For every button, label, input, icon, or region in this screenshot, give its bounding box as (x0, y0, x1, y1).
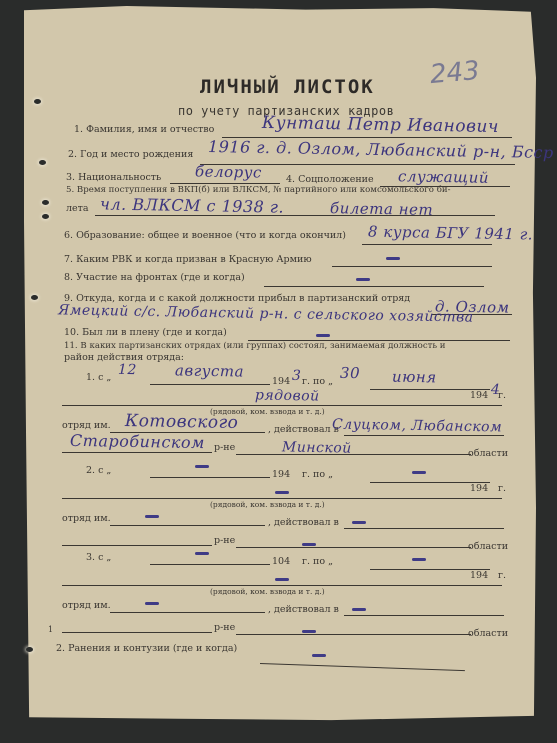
field-6-label: 6. Образование: общее и военное (что и к… (64, 230, 346, 241)
unit-to-year-prefix: 194 (470, 390, 488, 401)
field-2-label: 2. Год и место рождения (68, 149, 193, 160)
unit-region-line (236, 634, 471, 635)
field-5-label-b: лета (66, 203, 89, 214)
unit-year-suffix: г. (498, 570, 506, 581)
unit-to-month: июня (392, 368, 437, 387)
punch-hole (26, 647, 33, 652)
unit-to-label: г. по „ (302, 376, 333, 387)
unit-from-month-line (150, 477, 270, 478)
unit-to-month-dash (412, 558, 426, 561)
unit-from-year-prefix: 194 (272, 469, 290, 480)
field-8-dash (356, 278, 370, 281)
unit-name-line (110, 612, 265, 613)
unit-from-year-prefix: 104 (272, 556, 290, 567)
unit-district-b: Старобинском (70, 431, 205, 452)
unit-to-month-dash (412, 471, 426, 474)
unit-region-dash (302, 543, 316, 546)
punch-hole (42, 200, 49, 205)
unit-to-label: г. по „ (302, 556, 333, 567)
unit-to-year-prefix: 194 (470, 570, 488, 581)
unit-number-label: 2. с „ (86, 465, 111, 476)
field-10-dash (316, 334, 330, 337)
unit-position-dash (275, 578, 289, 581)
document-title: ЛИЧНЫЙ ЛИСТОК (200, 76, 375, 98)
unit-name-dash (145, 602, 159, 605)
unit-position: рядовой (255, 387, 320, 404)
field-4-label: 4. Соцположение (286, 174, 374, 185)
unit-district-b-line (62, 632, 212, 633)
field-11-label: 11. В каких партизанских отрядах (или гр… (64, 341, 446, 351)
unit-district-b-line (62, 545, 212, 546)
field-3-value: белорус (195, 162, 262, 181)
unit-number-label: 3. с „ (86, 552, 111, 563)
unit-region-line (236, 547, 471, 548)
unit-acted-label: , действовал в (268, 424, 339, 435)
margin-digit: 1 (48, 625, 53, 634)
field-9-label: 9. Откуда, когда и с какой должности при… (64, 293, 410, 304)
field-1-label: 1. Фамилия, имя и отчество (74, 124, 214, 135)
unit-position-caption: (рядовой, ком. взвода и т. д.) (210, 500, 325, 509)
field-4-value: служащий (398, 167, 489, 187)
unit-from-month-dash (195, 552, 209, 555)
archive-number: 243 (429, 56, 481, 90)
unit-from-day: 12 (118, 362, 137, 378)
unit-district-label: р-не (214, 442, 235, 453)
unit-from-year-prefix: 194 (272, 376, 290, 387)
field-8-label: 8. Участие на фронтах (где и когда) (64, 272, 245, 283)
field-8-line (264, 286, 484, 287)
field-1-value: Кунташ Петр Иванович (262, 113, 499, 137)
unit-from-year-digit: 3 (292, 368, 302, 384)
unit-from-month-line (150, 384, 270, 385)
unit-district-dash (352, 521, 366, 524)
field-5-value: чл. ВЛКСМ с 1938 г. (100, 194, 284, 216)
field-3-label: 3. Национальность (66, 172, 161, 183)
field-5-line (95, 215, 495, 216)
unit-acted-label: , действовал в (268, 517, 339, 528)
unit-number-label: 1. с „ (86, 372, 111, 383)
unit-district-line (344, 528, 504, 529)
unit-district-line (344, 435, 504, 436)
unit-district-line (344, 615, 504, 616)
unit-region-label: области (468, 541, 508, 552)
field-10-label: 10. Был ли в плену (где и когда) (64, 327, 227, 338)
unit-from-month: августа (175, 361, 244, 380)
field-7-label: 7. Каким РВК и когда призван в Красную А… (64, 254, 312, 265)
punch-hole (42, 214, 49, 219)
punch-hole (31, 295, 38, 300)
unit-name-line (110, 525, 265, 526)
unit-year-suffix: г. (498, 390, 506, 401)
unit-from-month-line (150, 564, 270, 565)
punch-hole (34, 99, 41, 104)
unit-year-suffix: г. (498, 483, 506, 494)
unit-name-label: отряд им. (62, 600, 111, 611)
unit-name-label: отряд им. (62, 420, 111, 431)
unit-to-label: г. по „ (302, 469, 333, 480)
unit-position-caption: (рядовой, ком. взвода и т. д.) (210, 587, 325, 596)
unit-region-label: области (468, 628, 508, 639)
field-5-value-b: билета нет (330, 199, 433, 219)
unit-district-label: р-не (214, 622, 235, 633)
unit-to-day: 30 (340, 364, 360, 382)
field-7-line (332, 266, 492, 267)
unit-district: Слуцком, Любанском (332, 417, 502, 436)
unit-district-b-line (62, 452, 212, 453)
unit-region-dash (302, 630, 316, 633)
unit-name-dash (145, 515, 159, 518)
unit-district-dash (352, 608, 366, 611)
unit-acted-label: , действовал в (268, 604, 339, 615)
field-12-dash (312, 654, 326, 657)
field-6-value: 8 курса БГУ 1941 г. (368, 223, 533, 244)
unit-to-year-prefix: 194 (470, 483, 488, 494)
unit-district-label: р-не (214, 535, 235, 546)
unit-region-label: области (468, 448, 508, 459)
unit-from-month-dash (195, 465, 209, 468)
unit-position-dash (275, 491, 289, 494)
field-5-label: 5. Время поступления в ВКП(б) или ВЛКСМ,… (66, 185, 451, 195)
punch-hole (39, 160, 46, 165)
field-12-label: 2. Ранения и контузии (где и когда) (56, 643, 237, 654)
field-7-dash (386, 257, 400, 260)
unit-region-line (236, 454, 471, 455)
field-6-line (362, 244, 492, 245)
unit-name-label: отряд им. (62, 513, 111, 524)
unit-name: Котовского (125, 411, 239, 433)
unit-region: Минской (282, 439, 352, 456)
